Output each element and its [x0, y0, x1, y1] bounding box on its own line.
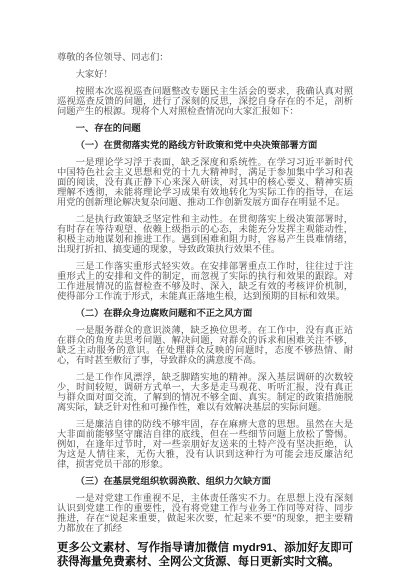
section3-title: （三）在基层党组织软弱涣散、组织力欠缺方面	[57, 477, 353, 487]
doc-intro-paragraph: 按照本次巡视巡查问题整改专题民主生活会的要求，我确认真对照巡视巡查反馈的问题，进…	[57, 87, 353, 117]
part1-title: 一、存在的问题	[57, 124, 353, 134]
section3-paragraph-1: 一是对党建工作重视不足，主体责任落实不力。在思想上没有深刻认识到党建工作的重要性…	[57, 494, 353, 534]
section2-title: （二）在群众身边腐败问题和不正之风方面	[57, 309, 353, 319]
section1-paragraph-3: 三是工作落实重形式轻实效。在安排部署重点工作时，往往过于注重形式上的安排和文件的…	[57, 262, 353, 302]
doc-greeting: 尊敬的各位领导、同志们：	[57, 53, 353, 63]
document-page: 尊敬的各位领导、同志们： 大家好！ 按照本次巡视巡查问题整改专题民主生活会的要求…	[0, 0, 410, 580]
section1-paragraph-1: 一是理论学习浮于表面，缺乏深度和系统性。在学习习近平新时代中国特色社会主义思想和…	[57, 158, 353, 208]
document-body: 尊敬的各位领导、同志们： 大家好！ 按照本次巡视巡查问题整改专题民主生活会的要求…	[57, 53, 353, 534]
doc-salutation: 大家好！	[57, 70, 353, 80]
section2-paragraph-2: 二是工作作风漂浮，缺乏脚踏实地的精神。深入基层调研的次数较少，时间较短，调研方式…	[57, 373, 353, 413]
section1-title: （一）在贯彻落实党的路线方针政策和党中央决策部署方面	[57, 141, 353, 151]
section1-paragraph-2: 二是执行政策缺乏坚定性和主动性。在贯彻落实上级决策部署时，有时存在等待观望、依赖…	[57, 215, 353, 255]
section2-paragraph-1: 一是服务群众的意识淡薄，缺乏换位思考。在工作中，没有真正站在群众的角度去思考问题…	[57, 326, 353, 366]
section2-paragraph-3: 三是廉洁自律的防线不够牢固，存在麻痹大意的思想。虽然在大是大非面前能够坚守廉洁自…	[57, 420, 353, 470]
wechat-promo-footer: 更多公文素材、写作指导请加微信 mydr91、添加好友即可获得海量免费素材、全网…	[57, 541, 353, 569]
